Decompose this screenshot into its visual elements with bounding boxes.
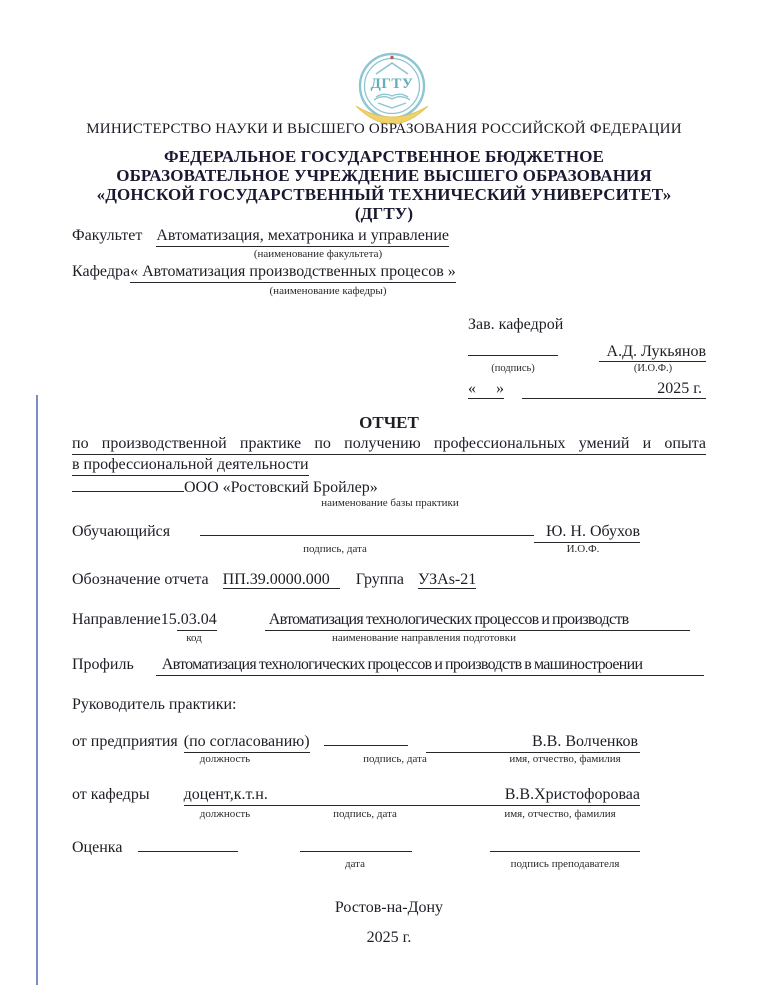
report-title: ОТЧЕТ <box>72 413 706 433</box>
direction-name: Автоматизация технологических процессов … <box>265 611 690 631</box>
org-abbr: (ДГТУ) <box>40 204 728 224</box>
dept-position: доцент,к.т.н. <box>184 786 268 805</box>
approval-name: А.Д. Лукьянов <box>599 343 706 362</box>
student-name: Ю. Н. Обухов <box>534 523 640 543</box>
grade-date-line <box>300 837 412 852</box>
student-signature-line <box>200 521 534 536</box>
direction-row: Направление 15 .03.04 Автоматизация техн… <box>72 611 690 631</box>
faculty-row: Факультет Автоматизация, мехатроника и у… <box>72 227 706 247</box>
designation-row: Обозначение отчета ПП.39.0000.000 Группа… <box>72 571 706 590</box>
approval-name-hint: (И.О.Ф.) <box>634 363 672 374</box>
practice-base-value: ООО «Ростовский Бройлер» <box>184 479 378 498</box>
approval-year: 2025 г. <box>522 380 706 399</box>
student-sign-hint: подпись, дата <box>303 543 367 556</box>
student-hints: подпись, дата И.О.Ф. <box>72 543 706 557</box>
report-subtitle-1: по производственной практике по получени… <box>72 435 706 455</box>
dept-position-hint: должность <box>200 808 250 821</box>
enterprise-signature-line <box>324 731 408 746</box>
direction-hints: код наименование направления подготовки <box>72 632 706 646</box>
profile-label: Профиль <box>72 656 134 675</box>
footer-city: Ростов-на-Дону <box>72 899 706 918</box>
enterprise-supervisor-row: от предприятия (по согласованию) В.В. Во… <box>72 731 640 753</box>
profile-row: Профиль Автоматизация технологических пр… <box>72 656 704 676</box>
direction-code-hint: код <box>186 632 202 645</box>
enterprise-label: от предприятия <box>72 733 178 752</box>
approval-sign-hint: (подпись) <box>491 363 535 374</box>
dept-supervisor-label: от кафедры <box>72 786 150 805</box>
department-label: Кафедра <box>72 263 130 282</box>
student-row: Обучающийся Ю. Н. Обухов <box>72 521 640 543</box>
approval-sign-row: А.Д. Лукьянов <box>468 341 706 362</box>
supervisors-title: Руководитель практики: <box>72 696 706 715</box>
direction-label: Направление <box>72 611 161 630</box>
practice-base-hint: наименование базы практики <box>321 497 459 510</box>
grade-hints: дата подпись преподавателя <box>72 858 706 872</box>
enterprise-hints: должность подпись, дата имя, отчество, ф… <box>72 753 706 767</box>
org-line-2: ОБРАЗОВАТЕЛЬНОЕ УЧРЕЖДЕНИЕ ВЫСШЕГО ОБРАЗ… <box>40 166 728 186</box>
faculty-label: Факультет <box>72 227 142 246</box>
practice-base-row: ООО «Ростовский Бройлер» <box>72 477 706 498</box>
enterprise-position: (по согласованию) <box>184 733 310 753</box>
designation-code: ПП.39.0000.000 <box>223 571 340 589</box>
approval-date-row: « » 2025 г. <box>468 380 706 399</box>
report-subtitle-2: в профессиональной деятельности <box>72 456 706 476</box>
profile-value: Автоматизация технологических процессов … <box>156 656 704 676</box>
faculty-hint: (наименование факультета) <box>254 248 382 261</box>
grade-row: Оценка <box>72 837 706 857</box>
footer-year: 2025 г. <box>72 929 706 948</box>
approval-quotes: « » <box>468 380 504 399</box>
group-value: УЗАs-21 <box>418 571 476 589</box>
grade-label: Оценка <box>72 839 122 856</box>
dept-supervisor-hints: должность подпись, дата имя, отчество, ф… <box>72 808 706 822</box>
left-margin-line <box>36 395 38 985</box>
direction-code-prefix: 15 <box>161 611 177 630</box>
grade-date-hint: дата <box>345 858 365 871</box>
ministry-text: МИНИСТЕРСТВО НАУКИ И ВЫСШЕГО ОБРАЗОВАНИЯ… <box>86 121 681 137</box>
enterprise-position-hint: должность <box>200 753 250 766</box>
student-name-hint: И.О.Ф. <box>567 543 600 556</box>
dept-name: В.В.Христофороваа <box>505 786 640 805</box>
enterprise-name-hint: имя, отчество, фамилия <box>509 753 620 766</box>
department-supervisor-row: от кафедры доцент,к.т.н. В.В.Христофоров… <box>72 786 640 806</box>
approval-hints: (подпись) (И.О.Ф.) <box>468 363 706 376</box>
approval-title: Зав. кафедрой <box>468 316 706 334</box>
practice-base-hint-row: наименование базы практики <box>72 497 706 511</box>
org-line-1: ФЕДЕРАЛЬНОЕ ГОСУДАРСТВЕННОЕ БЮДЖЕТНОЕ <box>40 147 728 167</box>
approval-signature-line <box>468 341 558 356</box>
document-page: ДГТУ МИНИСТЕРСТВО НАУКИ И ВЫСШЕГО ОБРАЗО… <box>0 0 768 994</box>
student-label: Обучающийся <box>72 523 170 542</box>
department-row: Кафедра « Автоматизация производственных… <box>72 263 706 283</box>
direction-code: .03.04 <box>177 611 217 631</box>
dgtu-logo: ДГТУ <box>350 50 434 128</box>
enterprise-sign-hint: подпись, дата <box>363 753 427 766</box>
logo-text: ДГТУ <box>371 76 414 92</box>
department-hint-row: (наименование кафедры) <box>72 285 706 299</box>
dept-supervisor-line: доцент,к.т.н. В.В.Христофороваа <box>184 786 640 806</box>
dgtu-emblem-icon: ДГТУ <box>350 50 434 128</box>
practice-base-blank-line <box>72 477 184 492</box>
grade-signature-line <box>490 837 640 852</box>
grade-sign-hint: подпись преподавателя <box>511 858 620 871</box>
dept-name-hint: имя, отчество, фамилия <box>504 808 615 821</box>
ministry-line: МИНИСТЕРСТВО НАУКИ И ВЫСШЕГО ОБРАЗОВАНИЯ… <box>40 121 728 139</box>
dept-sign-hint: подпись, дата <box>333 808 397 821</box>
approval-block: Зав. кафедрой А.Д. Лукьянов (подпись) (И… <box>468 316 706 399</box>
org-line-3: «ДОНСКОЙ ГОСУДАРСТВЕННЫЙ ТЕХНИЧЕСКИЙ УНИ… <box>40 185 728 205</box>
group-label: Группа <box>356 571 404 588</box>
department-hint: (наименование кафедры) <box>270 285 387 298</box>
faculty-value: Автоматизация, мехатроника и управление <box>156 227 449 247</box>
department-value: « Автоматизация производственных процесо… <box>130 263 456 283</box>
enterprise-name: В.В. Волченков <box>426 733 640 753</box>
faculty-hint-row: (наименование факультета) <box>72 248 706 262</box>
direction-name-hint: наименование направления подготовки <box>332 632 516 645</box>
designation-label: Обозначение отчета <box>72 571 209 588</box>
grade-value-line <box>138 837 238 852</box>
